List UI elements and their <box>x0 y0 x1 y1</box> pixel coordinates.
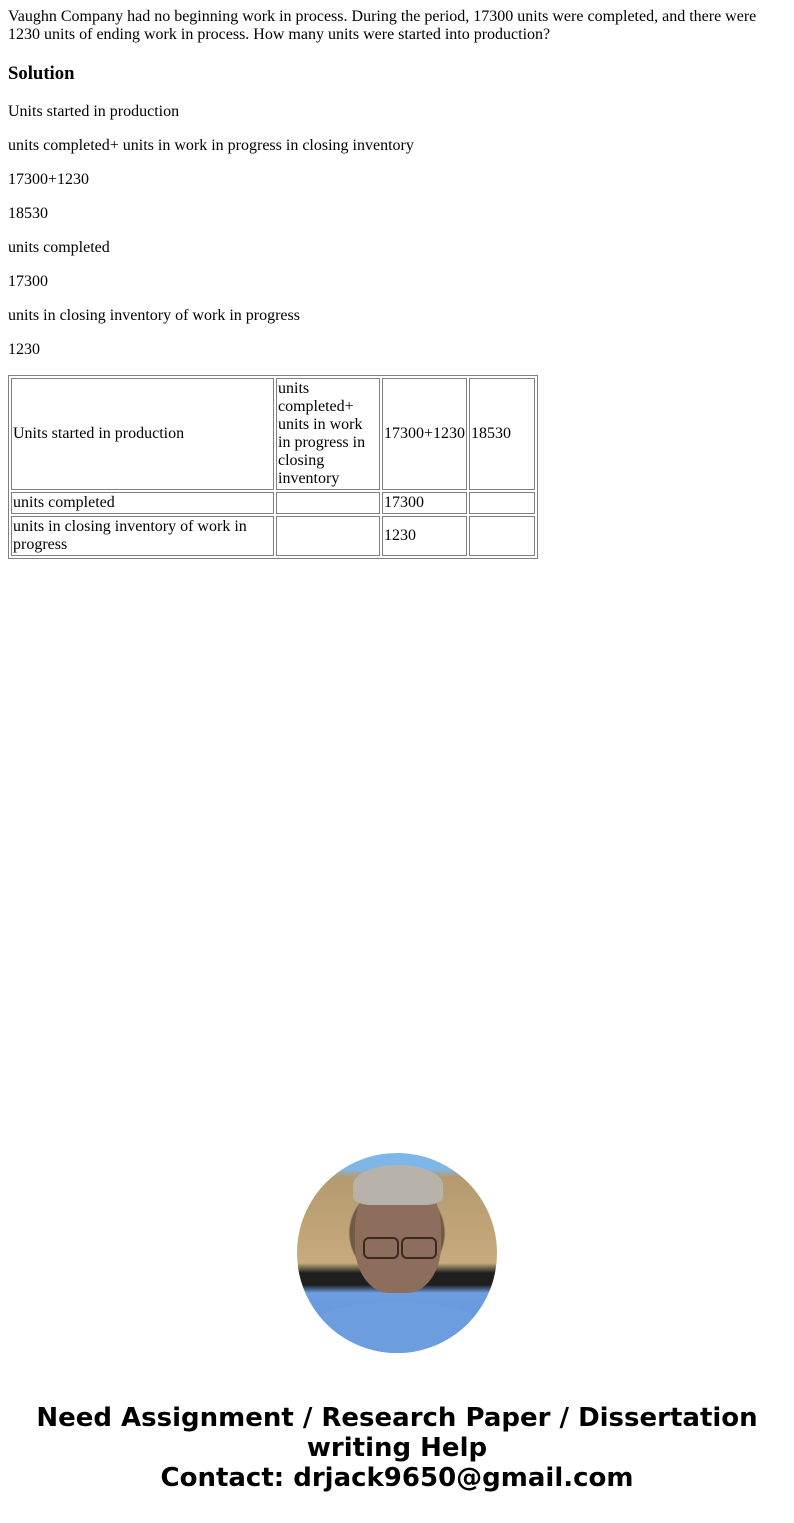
author-avatar <box>297 1153 497 1353</box>
table-cell: 1230 <box>382 516 467 556</box>
paragraph: units completed <box>8 239 786 257</box>
table-cell <box>469 492 535 514</box>
promo-line: Need Assignment / Research Paper / Disse… <box>0 1403 794 1433</box>
table-cell: units completed <box>11 492 274 514</box>
avatar-hair <box>353 1165 443 1205</box>
table-cell: 18530 <box>469 378 535 490</box>
paragraph: 17300 <box>8 273 786 291</box>
solution-heading: Solution <box>8 63 786 85</box>
glasses-icon <box>361 1237 437 1255</box>
paragraph: units completed+ units in work in progre… <box>8 137 786 155</box>
table-row: Units started in production units comple… <box>11 378 535 490</box>
question-text: Vaughn Company had no beginning work in … <box>8 8 786 44</box>
paragraph: units in closing inventory of work in pr… <box>8 307 786 325</box>
table-row: units in closing inventory of work in pr… <box>11 516 535 556</box>
paragraph: 18530 <box>8 205 786 223</box>
table-row: units completed 17300 <box>11 492 535 514</box>
table-cell <box>276 492 380 514</box>
paragraph: 17300+1230 <box>8 171 786 189</box>
table-cell: 17300 <box>382 492 467 514</box>
document-body: Vaughn Company had no beginning work in … <box>8 0 786 359</box>
table-cell: units completed+ units in work in progre… <box>276 378 380 490</box>
solution-table: Units started in production units comple… <box>8 375 538 559</box>
promo-contact: Contact: drjack9650@gmail.com <box>0 1463 794 1493</box>
avatar-shirt <box>307 1303 487 1353</box>
table-cell: Units started in production <box>11 378 274 490</box>
table-cell: units in closing inventory of work in pr… <box>11 516 274 556</box>
table-cell: 17300+1230 <box>382 378 467 490</box>
table-cell <box>276 516 380 556</box>
paragraph: Units started in production <box>8 103 786 121</box>
paragraph: 1230 <box>8 341 786 359</box>
table-cell <box>469 516 535 556</box>
promo-banner: Need Assignment / Research Paper / Disse… <box>0 1403 794 1493</box>
promo-line: writing Help <box>0 1433 794 1463</box>
